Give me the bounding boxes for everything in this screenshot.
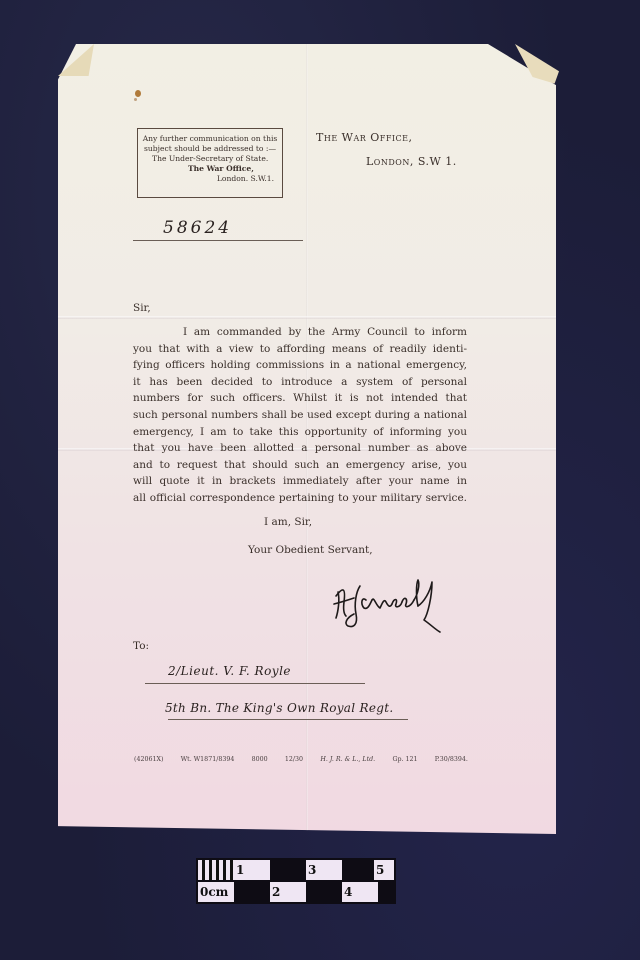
scale-unit-label: 0cm	[198, 882, 234, 902]
address-line: London. S.W.1.	[142, 174, 278, 184]
rust-stain-small	[134, 98, 137, 101]
body-line: fying officers holding commissions in a …	[133, 357, 467, 374]
letter-body: I am commanded by the Army Council to in…	[133, 324, 467, 507]
signature-handwritten	[332, 574, 442, 636]
address-instruction-box: Any further communication on this subjec…	[137, 128, 283, 198]
scale-label: 4	[342, 882, 378, 902]
address-line: Any further communication on this	[142, 134, 278, 144]
imprint-printer: H. J. R. & L., Ltd.	[320, 756, 375, 763]
imprint-group: Gp. 121	[392, 756, 417, 763]
letterhead-city: London, S.W 1.	[366, 155, 457, 168]
imprint-qty: 8000	[252, 756, 268, 763]
imprint-ref: P.30/8394.	[435, 756, 468, 763]
body-line: all official correspondence pertaining t…	[133, 490, 467, 507]
body-line: emergency, I am to take this opportunity…	[133, 424, 467, 441]
body-line: such personal numbers shall be used exce…	[133, 407, 467, 424]
scale-mm-ticks	[198, 860, 234, 880]
number-underline	[133, 240, 303, 241]
printer-imprint: (42061X) Wt. W1871/8394 8000 12/30 H. J.…	[134, 756, 468, 763]
personal-number-handwritten: 58624	[163, 218, 232, 238]
imprint-form: (42061X)	[134, 756, 163, 763]
closing-line: I am, Sir,	[264, 516, 312, 528]
address-line: The Under-Secretary of State.	[142, 154, 278, 164]
scale-label: 3	[306, 860, 342, 880]
recipient-underline	[168, 719, 408, 720]
body-line: and to request that should such an emerg…	[133, 457, 467, 474]
salutation: Sir,	[133, 302, 151, 314]
scale-label: 2	[270, 882, 306, 902]
body-line: that you have been allotted a personal n…	[133, 440, 467, 457]
scale-bar: 1 3 5 0cm 2 4	[196, 858, 396, 904]
scale-label: 1	[234, 860, 270, 880]
imprint-wt: Wt. W1871/8394	[181, 756, 235, 763]
address-line: The War Office,	[142, 164, 278, 174]
rust-stain	[135, 90, 141, 97]
imprint-date: 12/30	[285, 756, 303, 763]
body-line: I am commanded by the Army Council to in…	[133, 324, 467, 341]
body-line: it has been decided to introduce a syste…	[133, 374, 467, 391]
recipient-name-handwritten: 2/Lieut. V. F. Royle	[168, 664, 291, 678]
to-label: To:	[133, 640, 149, 652]
letterhead-title: The War Office,	[316, 131, 413, 144]
body-line: you that with a view to affording means …	[133, 341, 467, 358]
scale-label: 5	[374, 860, 394, 880]
address-line: subject should be addressed to :—	[142, 144, 278, 154]
closing-line: Your Obedient Servant,	[248, 544, 373, 556]
recipient-unit-handwritten: 5th Bn. The King's Own Royal Regt.	[165, 701, 393, 715]
recipient-underline	[145, 683, 365, 684]
horizontal-fold-crease-top	[58, 316, 558, 319]
body-line: will quote it in brackets immediately af…	[133, 473, 467, 490]
body-line: numbers for such officers. Whilst it is …	[133, 390, 467, 407]
